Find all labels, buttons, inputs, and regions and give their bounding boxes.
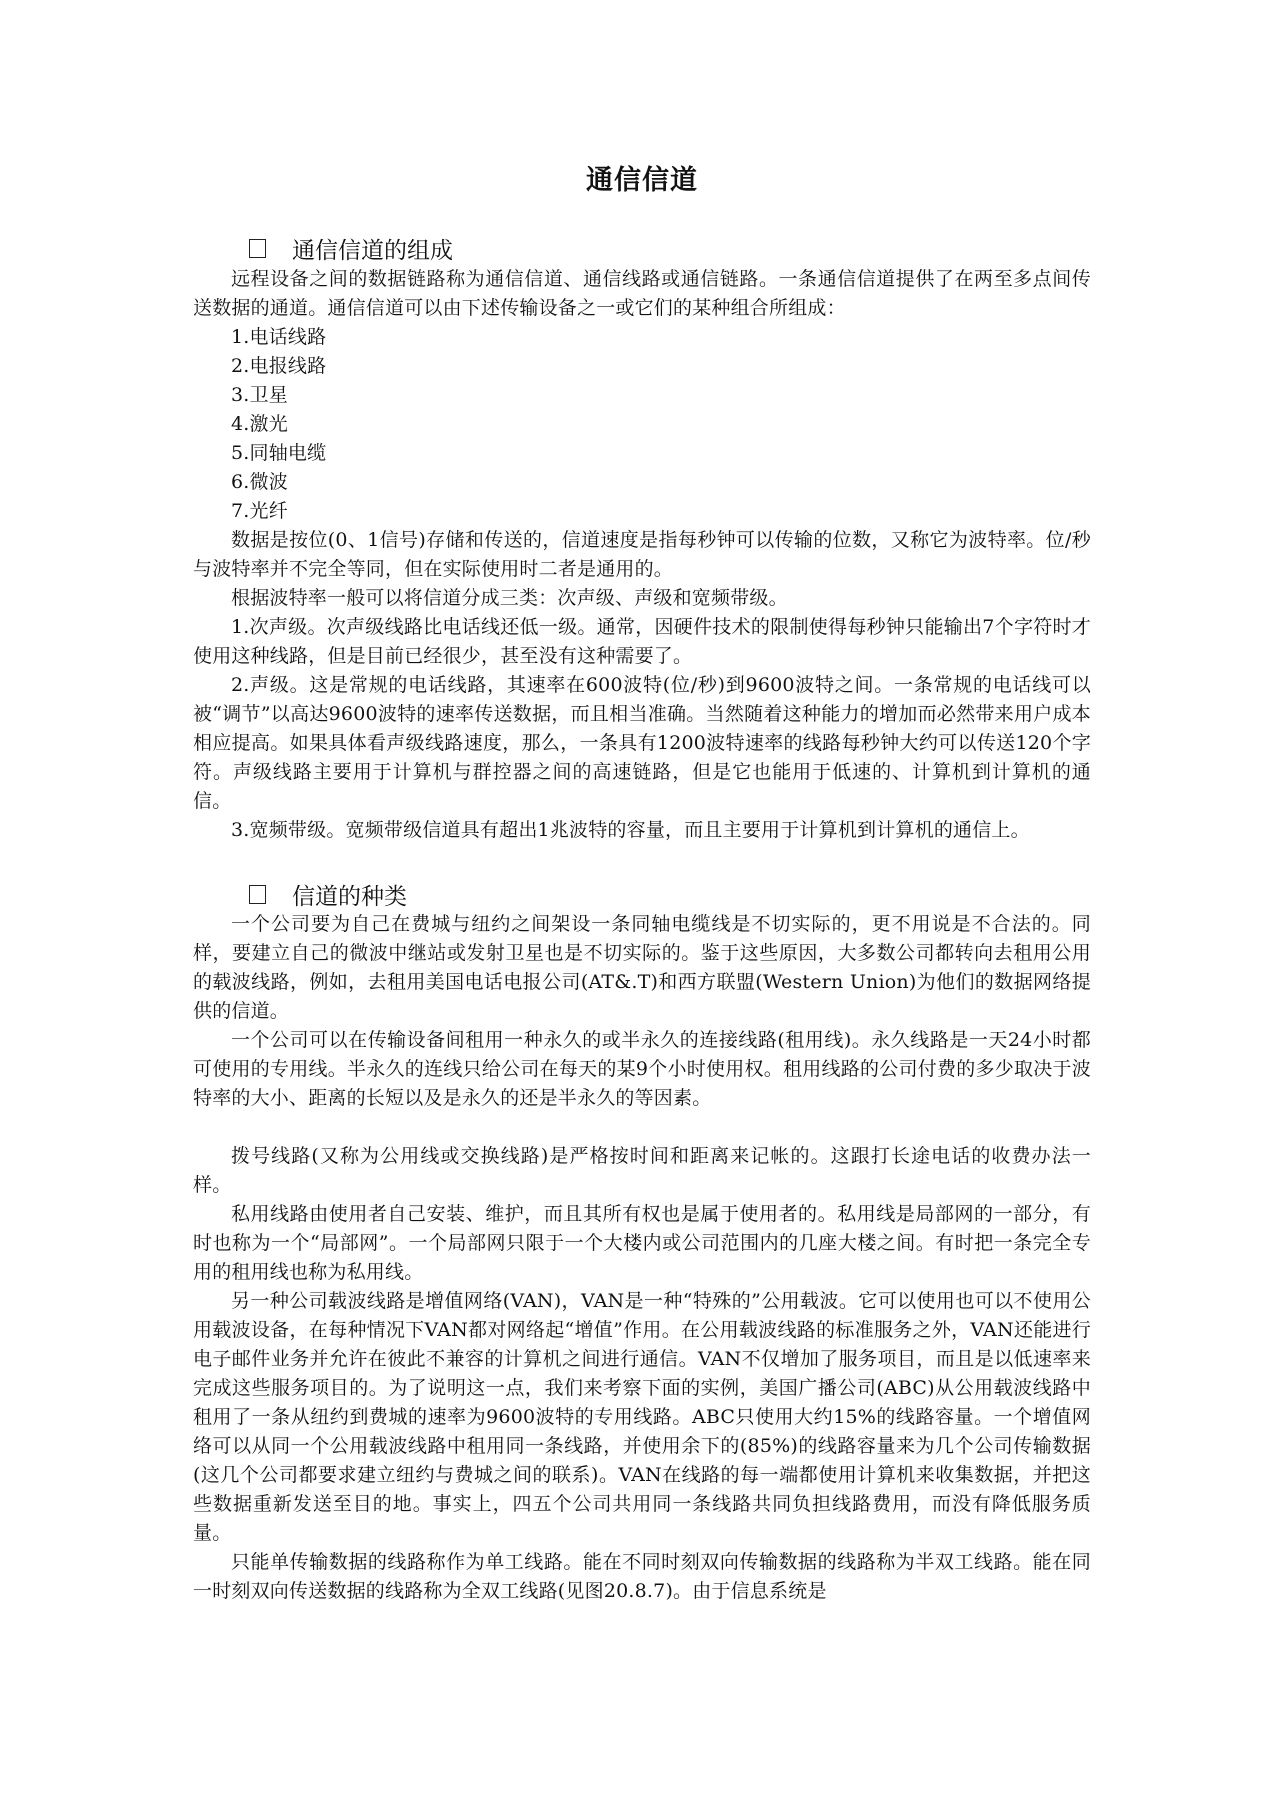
paragraph: 远程设备之间的数据链路称为通信信道、通信线路或通信链路。一条通信信道提供了在两至… — [193, 265, 1091, 323]
checkbox-bullet-icon — [249, 239, 266, 258]
checkbox-bullet-icon — [249, 885, 266, 904]
paragraph: 另一种公司载波线路是增值网络(VAN)，VAN是一种“特殊的”公用载波。它可以使… — [193, 1287, 1091, 1548]
list-item: 6.微波 — [193, 468, 1091, 497]
paragraph: 拨号线路(又称为公用线或交换线路)是严格按时间和距离来记帐的。这跟打长途电话的收… — [193, 1142, 1091, 1200]
list-item: 4.激光 — [193, 410, 1091, 439]
paragraph: 根据波特率一般可以将信道分成三类：次声级、声级和宽频带级。 — [193, 584, 1091, 613]
paragraph: 数据是按位(0、1信号)存储和传送的，信道速度是指每秒钟可以传输的位数，又称它为… — [193, 526, 1091, 584]
section-heading-composition: 通信信道的组成 — [249, 232, 453, 265]
list-item: 3.卫星 — [193, 381, 1091, 410]
list-item: 7.光纤 — [193, 497, 1091, 526]
section-heading-text: 通信信道的组成 — [292, 232, 453, 265]
section-heading-text: 信道的种类 — [292, 878, 407, 911]
paragraph: 一个公司要为自己在费城与纽约之间架设一条同轴电缆线是不切实际的，更不用说是不合法… — [193, 910, 1091, 1026]
section-body-composition: 远程设备之间的数据链路称为通信信道、通信线路或通信链路。一条通信信道提供了在两至… — [193, 265, 1091, 845]
paragraph: 只能单传输数据的线路称作为单工线路。能在不同时刻双向传输数据的线路称为半双工线路… — [193, 1548, 1091, 1606]
list-item: 2.电报线路 — [193, 352, 1091, 381]
document-title: 通信信道 — [193, 158, 1091, 197]
list-item: 1.电话线路 — [193, 323, 1091, 352]
paragraph: 2.声级。这是常规的电话线路，其速率在600波特(位/秒)到9600波特之间。一… — [193, 671, 1091, 816]
paragraph: 一个公司可以在传输设备间租用一种永久的或半永久的连接线路(租用线)。永久线路是一… — [193, 1026, 1091, 1113]
blank-line — [193, 1113, 1091, 1142]
paragraph: 私用线路由使用者自己安装、维护，而且其所有权也是属于使用者的。私用线是局部网的一… — [193, 1200, 1091, 1287]
section-heading-channel-types: 信道的种类 — [249, 878, 407, 911]
paragraph: 3.宽频带级。宽频带级信道具有超出1兆波特的容量，而且主要用于计算机到计算机的通… — [193, 816, 1091, 845]
paragraph: 1.次声级。次声级线路比电话线还低一级。通常，因硬件技术的限制使得每秒钟只能输出… — [193, 613, 1091, 671]
section-body-channel-types: 一个公司要为自己在费城与纽约之间架设一条同轴电缆线是不切实际的，更不用说是不合法… — [193, 910, 1091, 1606]
list-item: 5.同轴电缆 — [193, 439, 1091, 468]
